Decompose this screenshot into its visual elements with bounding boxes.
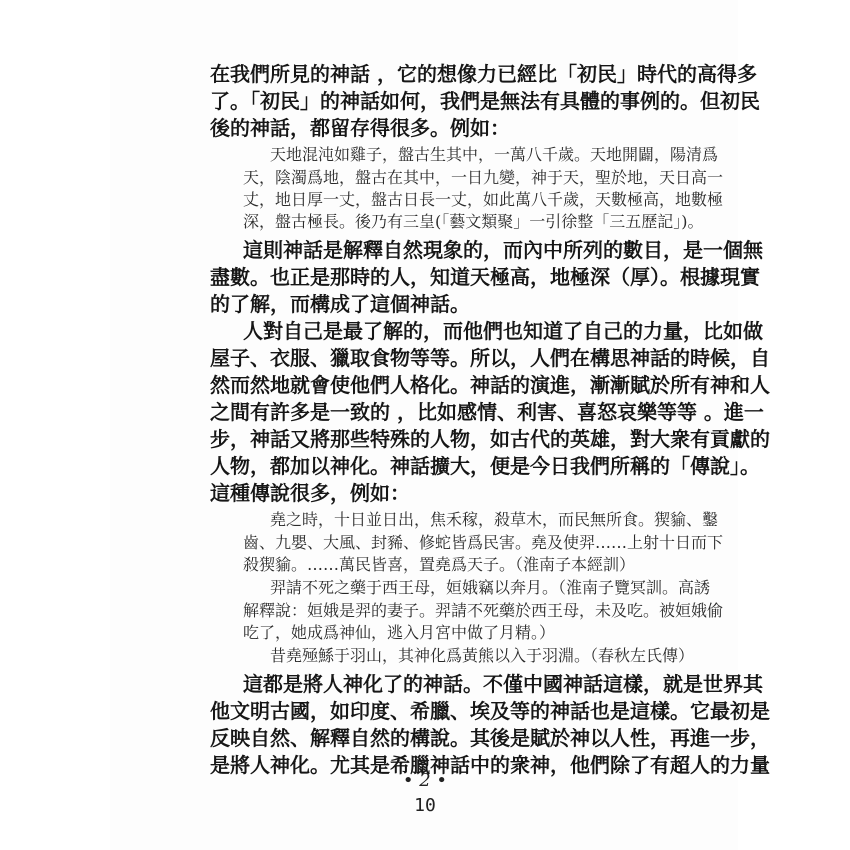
- quote-line: 齒、九嬰、大風、封豨、修蛇皆爲民害。堯及使羿……上射十日而下: [243, 535, 723, 551]
- quote-line: 殺猰貐。……萬民皆喜，置堯爲天子。（淮南子本經訓）: [243, 557, 635, 573]
- body-line: 在我們所見的神話 ，它的想像力已經比「初民」時代的高得多: [210, 64, 757, 84]
- quote-line: 深，盤古極長。後乃有三皇(「藝文類聚」一引徐整「三五歷記」)。: [243, 214, 704, 230]
- quote-line: 解釋說：姮娥是羿的妻子。羿請不死藥於西王母，未及吃。被姮娥偷: [243, 603, 723, 619]
- body-line: 反映自然、解釋自然的構說。其後是賦於神以人性，再進一步，: [210, 728, 770, 748]
- quote-line: 天，陰濁爲地，盤古在其中，一日九變，神于天，聖於地，天日高一: [243, 170, 723, 186]
- body-line: 屋子、衣服、獵取食物等等。所以，人們在構思神話的時候，自: [210, 348, 770, 368]
- body-line: 人物，都加以神化。神話擴大，便是今日我們所稱的「傳說」。: [210, 456, 760, 476]
- body-line: 然而然地就會使他們人格化。神話的演進，漸漸賦於所有神和人: [210, 375, 770, 395]
- quote-line: 昔堯殛鯀于羽山，其神化爲黃熊以入于羽淵。（春秋左氏傳）: [270, 648, 694, 664]
- body-line: 的了解，而構成了這個神話。: [210, 294, 470, 314]
- body-line: 盡數。也正是那時的人，知道天極高，地極深（厚）。根據現實: [210, 267, 760, 287]
- body-line: 人對自己是最了解的，而他們也知道了自己的力量，比如做: [243, 321, 763, 341]
- scan-page-number: 10: [0, 795, 850, 816]
- quote-line: 堯之時，十日並日出，焦禾稼，殺草木，而民無所食。猰貐、鑿: [270, 512, 718, 528]
- body-line: 這種傳說很多，例如：: [210, 483, 410, 503]
- body-line: 了。「初民」的神話如何，我們是無法有具體的事例的。但初民: [210, 91, 760, 111]
- body-line: 之間有許多是一致的 ，比如感情、利害、喜怒哀樂等等 。進一: [210, 402, 764, 422]
- quote-line: 天地混沌如雞子，盤古生其中，一萬八千歲。天地開闢，陽清爲: [270, 147, 718, 163]
- body-line: 後的神話，都留存得很多。例如：: [210, 118, 510, 138]
- body-line: 他文明古國，如印度、希臘、埃及等的神話也是這樣。它最初是: [210, 701, 770, 721]
- body-line: 步，神話又將那些特殊的人物，如古代的英雄，對大衆有貢獻的: [210, 429, 770, 449]
- quote-line: 丈，地日厚一丈，盤古日長一丈，如此萬八千歲，天數極高，地數極: [243, 192, 723, 208]
- quote-line: 吃了，她成爲神仙，逃入月宮中做了月精。）: [243, 625, 555, 641]
- body-line: 這都是將人神化了的神話。不僅中國神話這樣，就是世界其: [243, 674, 763, 694]
- body-line: 這則神話是解釋自然現象的，而內中所列的數目，是一個無: [243, 240, 763, 260]
- quote-line: 羿請不死之藥于西王母，姮娥竊以奔月。（淮南子覽冥訓。高誘: [270, 580, 710, 596]
- printed-page-number: • 2 •: [0, 770, 850, 791]
